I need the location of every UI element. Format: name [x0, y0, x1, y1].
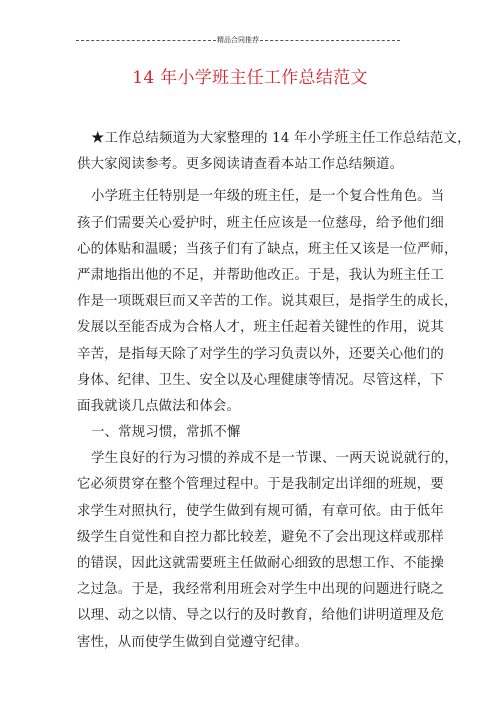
paragraph-role: 小学班主任特别是一年级的班主任，是一个复合性角色。当 孩子们需要关心爱护时，班主…: [77, 184, 429, 420]
text-line: ★工作总结频道为大家整理的 14 年小学班主任工作总结范文，: [77, 126, 429, 152]
paragraph-intro: ★工作总结频道为大家整理的 14 年小学班主任工作总结范文， 供大家阅读参考。更…: [77, 126, 429, 178]
text-line: 身体、纪律、卫生、安全以及心理健康等情况。尽管这样，下: [77, 368, 429, 394]
text-line: 小学班主任特别是一年级的班主任，是一个复合性角色。当: [77, 184, 429, 210]
text-line: 它必须贯穿在整个管理过程中。于是我制定出详细的班规，要: [77, 472, 429, 498]
header-divider-right: [260, 40, 400, 41]
text-line: 供大家阅读参考。更多阅读请查看本站工作总结频道。: [77, 152, 429, 178]
document-title: 14 年小学班主任工作总结范文: [0, 63, 500, 88]
document-body: ★工作总结频道为大家整理的 14 年小学班主任工作总结范文， 供大家阅读参考。更…: [77, 126, 429, 656]
text-line: 面我就谈几点做法和体会。: [77, 394, 429, 420]
text-line: 学生良好的行为习惯的养成不是一节课、一两天说说就行的，: [77, 446, 429, 472]
text-line: 求学生对照执行，使学生做到有规可循，有章可依。由于低年: [77, 499, 429, 525]
text-line: 害性，从而使学生做到自觉遵守纪律。: [77, 630, 429, 656]
header-label: 精品合同推荐: [216, 35, 260, 45]
text-line: 发展以至能否成为合格人才，班主任起着关键性的作用，说其: [77, 315, 429, 341]
text-line: 作是一项既艰巨而又辛苦的工作。说其艰巨，是指学生的成长，: [77, 289, 429, 315]
text-line: 孩子们需要关心爱护时，班主任应该是一位慈母，给予他们细: [77, 211, 429, 237]
text-line: 的错误，因此这就需要班主任做耐心细致的思想工作、不能操: [77, 551, 429, 577]
paragraph-habits: 学生良好的行为习惯的养成不是一节课、一两天说说就行的， 它必须贯穿在整个管理过程…: [77, 446, 429, 656]
text-line: 严肃地指出他的不足，并帮助他改正。于是，我认为班主任工: [77, 263, 429, 289]
header-divider-left: [76, 40, 216, 41]
section-heading: 一、常规习惯，常抓不懈: [77, 420, 429, 446]
text-line: 以理、动之以情、导之以行的及时教育，给他们讲明道理及危: [77, 603, 429, 629]
header-rule: 精品合同推荐: [76, 34, 400, 46]
text-line: 级学生自觉性和自控力都比较差，避免不了会出现这样或那样: [77, 525, 429, 551]
text-line: 之过急。于是，我经常利用班会对学生中出现的问题进行晓之: [77, 577, 429, 603]
text-line: 一、常规习惯，常抓不懈: [77, 420, 429, 446]
text-line: 辛苦，是指每天除了对学生的学习负责以外，还要关心他们的: [77, 342, 429, 368]
text-line: 心的体贴和温暖；当孩子们有了缺点，班主任又该是一位严师，: [77, 237, 429, 263]
